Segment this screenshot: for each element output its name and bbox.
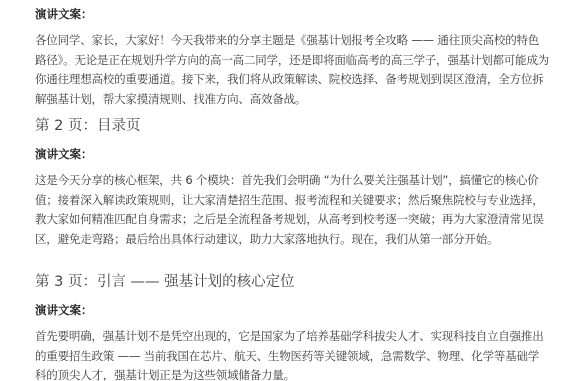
speech-script-label: 演讲文案： [35,6,550,22]
section-page-2: 演讲文案： 这是今天分享的核心框架，共 6 个模块：首先我们会明确 “为什么要关… [35,146,550,249]
page-2-heading: 第 2 页：目录页 [35,116,140,136]
speech-script-text: 各位同学、家长，大家好！今天我带来的分享主题是《强基计划报考全攻略 —— 通往顶… [35,31,550,109]
page-3-heading: 第 3 页：引言 —— 强基计划的核心定位 [35,272,295,292]
section-page-3: 演讲文案： 首先要明确，强基计划不是凭空出现的，它是国家为了培养基础学科拔尖人才… [35,302,550,381]
speech-script-text: 这是今天分享的核心框架，共 6 个模块：首先我们会明确 “为什么要关注强基计划”… [35,171,550,249]
section-page-1: 演讲文案： 各位同学、家长，大家好！今天我带来的分享主题是《强基计划报考全攻略 … [35,6,550,109]
speech-script-label: 演讲文案： [35,302,550,318]
speech-script-text: 首先要明确，强基计划不是凭空出现的，它是国家为了培养基础学科拔尖人才、实现科技自… [35,327,550,381]
speech-script-label: 演讲文案： [35,146,550,162]
